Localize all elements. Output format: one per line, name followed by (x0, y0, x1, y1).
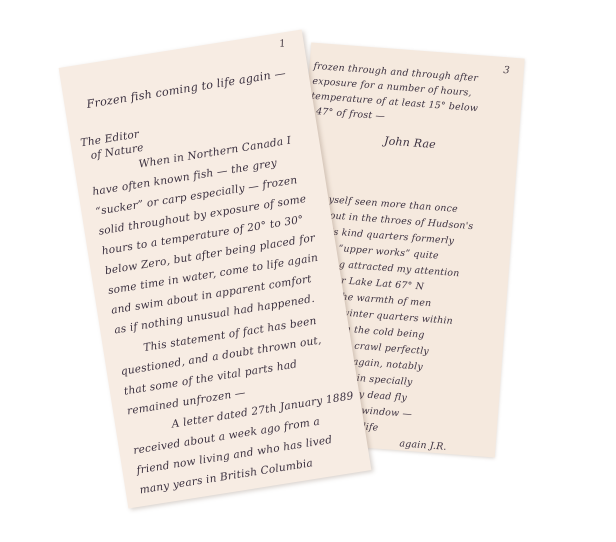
letter-title: Frozen fish coming to life again — (86, 67, 287, 111)
text-line: 47° of frost — (316, 106, 386, 122)
page-number: 1 (278, 38, 286, 50)
signature: John Rae (384, 134, 437, 151)
page-number: 3 (503, 65, 510, 76)
closing-initials: again J.R. (399, 438, 447, 453)
